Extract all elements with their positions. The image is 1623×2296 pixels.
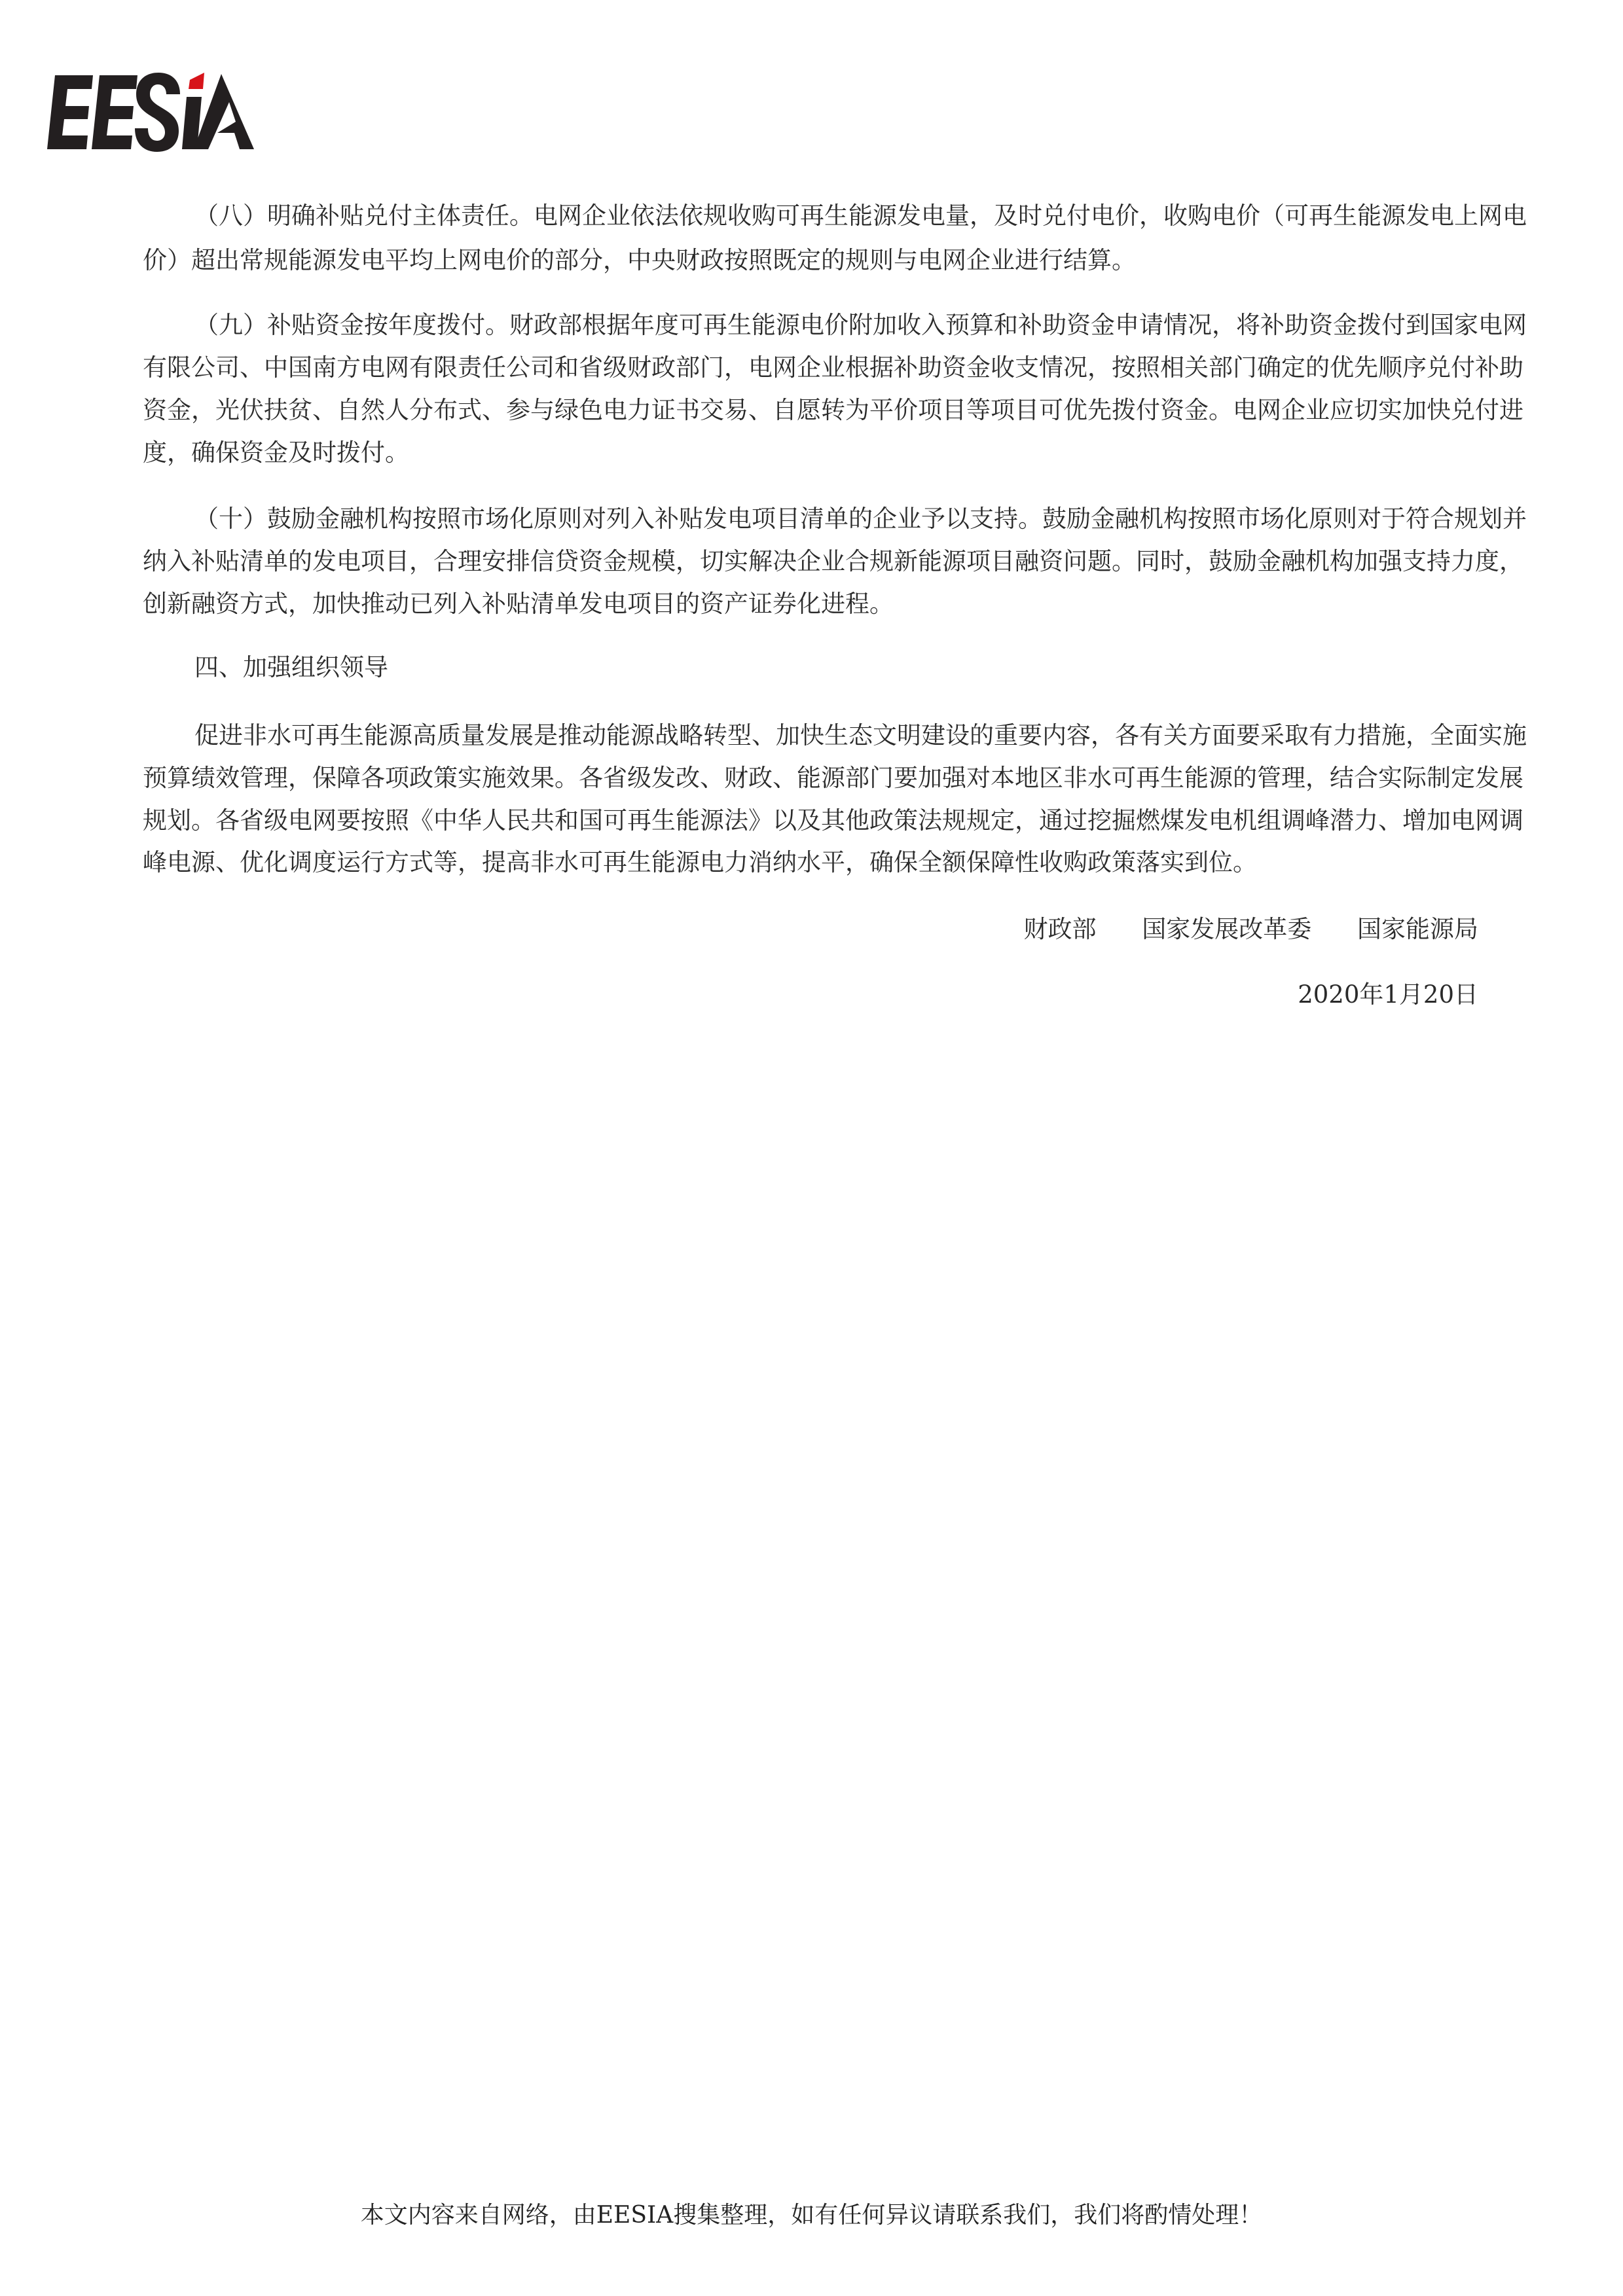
paragraph-10-line-2: 纳入补贴清单的发电项目，合理安排信贷资金规模，切实解决企业合规新能源项目融资问题… [143, 545, 1485, 578]
paragraph-9-line-1: （九）补贴资金按年度拨付。财政部根据年度可再生能源电价附加收入预算和补助资金申请… [194, 309, 1485, 342]
paragraph-8-line-2: 价）超出常规能源发电平均上网电价的部分，中央财政按照既定的规则与电网企业进行结算… [143, 244, 1485, 277]
eesia-logo-icon [46, 71, 262, 154]
eesia-logo: EESIA [46, 71, 262, 154]
paragraph-8-line-1: （八）明确补贴兑付主体责任。电网企业依法依规收购可再生能源发电量，及时兑付电价，… [194, 200, 1485, 232]
footer-disclaimer: 本文内容来自网络，由EESIA搜集整理，如有任何异议请联系我们，我们将酌情处理！ [0, 2200, 1623, 2231]
signatories: 财政部 国家发展改革委 国家能源局 [985, 913, 1478, 946]
closing-paragraph-line-3: 规划。各省级电网要按照《中华人民共和国可再生能源法》以及其他政策法规规定，通过挖… [143, 804, 1485, 837]
signatory-nea: 国家能源局 [1357, 915, 1478, 943]
paragraph-9-line-3: 资金，光伏扶贫、自然人分布式、参与绿色电力证书交易、自愿转为平价项目等项目可优先… [143, 394, 1485, 427]
signatory-mof: 财政部 [1023, 915, 1096, 943]
document-date: 2020年1月20日 [1298, 978, 1478, 1011]
closing-paragraph-line-2: 预算绩效管理，保障各项政策实施效果。各省级发改、财政、能源部门要加强对本地区非水… [143, 762, 1485, 795]
paragraph-10-line-1: （十）鼓励金融机构按照市场化原则对列入补贴发电项目清单的企业予以支持。鼓励金融机… [194, 503, 1485, 535]
paragraph-10-line-3: 创新融资方式，加快推动已列入补贴清单发电项目的资产证券化进程。 [143, 588, 1485, 620]
closing-paragraph-line-1: 促进非水可再生能源高质量发展是推动能源战略转型、加快生态文明建设的重要内容，各有… [194, 719, 1485, 752]
section-heading: 四、加强组织领导 [194, 651, 388, 684]
closing-paragraph-line-4: 峰电源、优化调度运行方式等，提高非水可再生能源电力消纳水平，确保全额保障性收购政… [143, 846, 1485, 879]
signatory-ndrc: 国家发展改革委 [1142, 915, 1311, 943]
paragraph-9-line-4: 度，确保资金及时拨付。 [143, 437, 1485, 469]
paragraph-9-line-2: 有限公司、中国南方电网有限责任公司和省级财政部门，电网企业根据补助资金收支情况，… [143, 351, 1485, 384]
